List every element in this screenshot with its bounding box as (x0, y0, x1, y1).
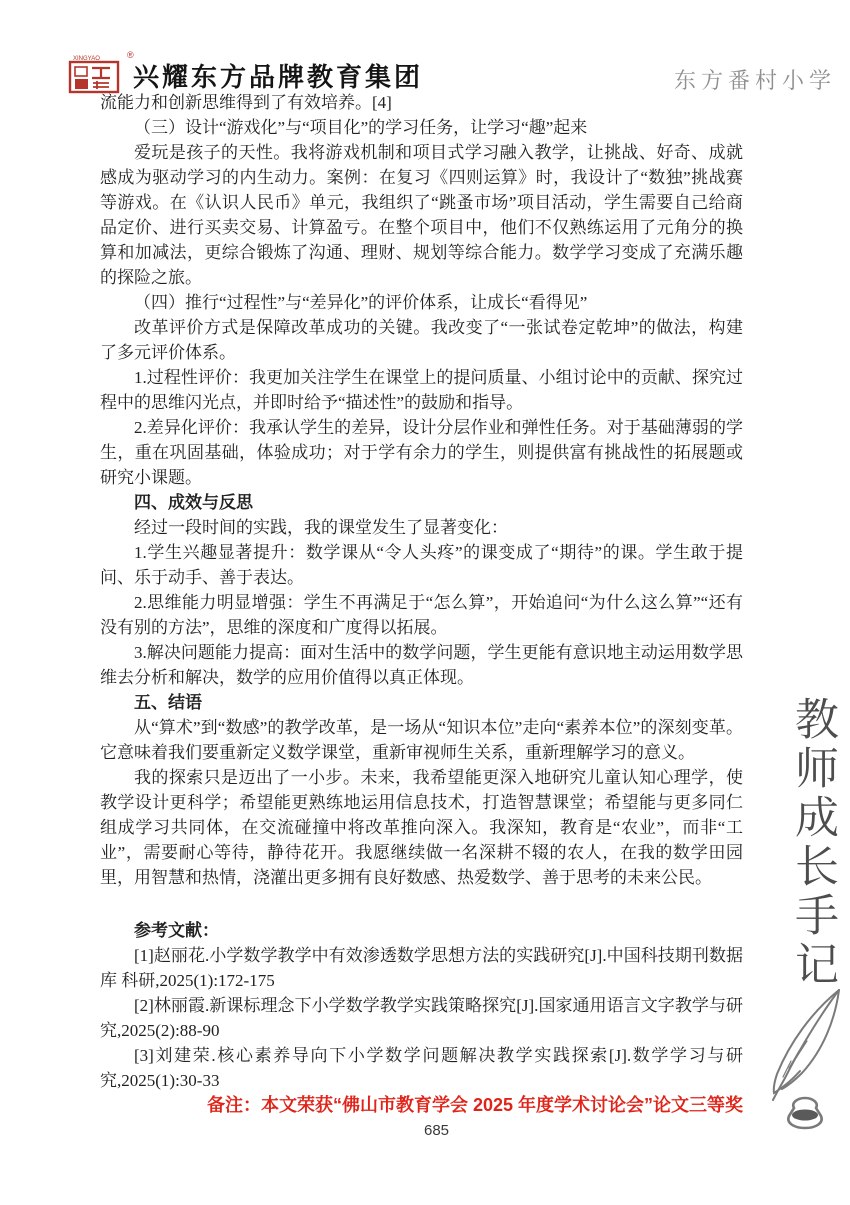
paragraph: 经过一段时间的实践，我的课堂发生了显著变化： (100, 515, 743, 540)
paragraph: 爱玩是孩子的天性。我将游戏机制和项目式学习融入教学，让挑战、好奇、成就感成为驱动… (100, 140, 743, 290)
paragraph: 2.差异化评价：我承认学生的差异，设计分层作业和弹性任务。对于基础薄弱的学生，重… (100, 415, 743, 490)
paragraph: 1.过程性评价：我更加关注学生在课堂上的提问质量、小组讨论中的贡献、探究过程中的… (100, 365, 743, 415)
paragraph: 2.思维能力明显增强：学生不再满足于“怎么算”，开始追问“为什么这么算”“还有没… (100, 590, 743, 640)
paragraph: 我的探索只是迈出了一小步。未来，我希望能更深入地研究儿童认知心理学，使教学设计更… (100, 765, 743, 890)
reference-item: [2]林丽霞.新课标理念下小学数学教学实践策略探究[J].国家通用语言文字教学与… (100, 993, 743, 1043)
paragraph: 从“算术”到“数感”的教学改革，是一场从“知识本位”走向“素养本位”的深刻变革。… (100, 715, 743, 765)
paragraph: 1.学生兴趣显著提升：数学课从“令人头疼”的课变成了“期待”的课。学生敢于提问、… (100, 540, 743, 590)
section-heading: 四、成效与反思 (100, 490, 743, 515)
quill-pen-icon (760, 984, 848, 1136)
paragraph: 流能力和创新思维得到了有效培养。[4] (100, 90, 743, 115)
section-subheading: （四）推行“过程性”与“差异化”的评价体系，让成长“看得见” (100, 290, 743, 315)
references-heading: 参考文献： (100, 918, 743, 943)
section-subheading: （三）设计“游戏化”与“项目化”的学习任务，让学习“趣”起来 (100, 115, 743, 140)
reference-item: [1]赵丽花.小学数学教学中有效渗透数学思想方法的实践研究[J].中国科技期刊数… (100, 943, 743, 993)
article-body: 流能力和创新思维得到了有效培养。[4] （三）设计“游戏化”与“项目化”的学习任… (100, 90, 743, 1143)
paragraph: 改革评价方式是保障改革成功的关键。我改变了“一张试卷定乾坤”的做法，构建了多元评… (100, 315, 743, 365)
document-page: XINGYAO ® 兴耀东方品牌教育集团 东方番村小学 流能力和创新思维得到了有… (0, 0, 850, 1205)
brand-title: 兴耀东方品牌教育集团 (133, 57, 423, 94)
reference-item: [3]刘建荣.核心素养导向下小学数学问题解决教学实践探索[J].数学学习与研究,… (100, 1043, 743, 1093)
page-number: 685 (100, 1118, 743, 1143)
paragraph: 3.解决问题能力提高：面对生活中的数学问题，学生更能有意识地主动运用数学思维去分… (100, 640, 743, 690)
award-note: 备注：本文荣获“佛山市教育学会 2025 年度学术讨论会”论文三等奖 (100, 1093, 743, 1118)
section-heading: 五、结语 (100, 690, 743, 715)
calligraphy-title: 教师成长手记 (790, 696, 834, 990)
